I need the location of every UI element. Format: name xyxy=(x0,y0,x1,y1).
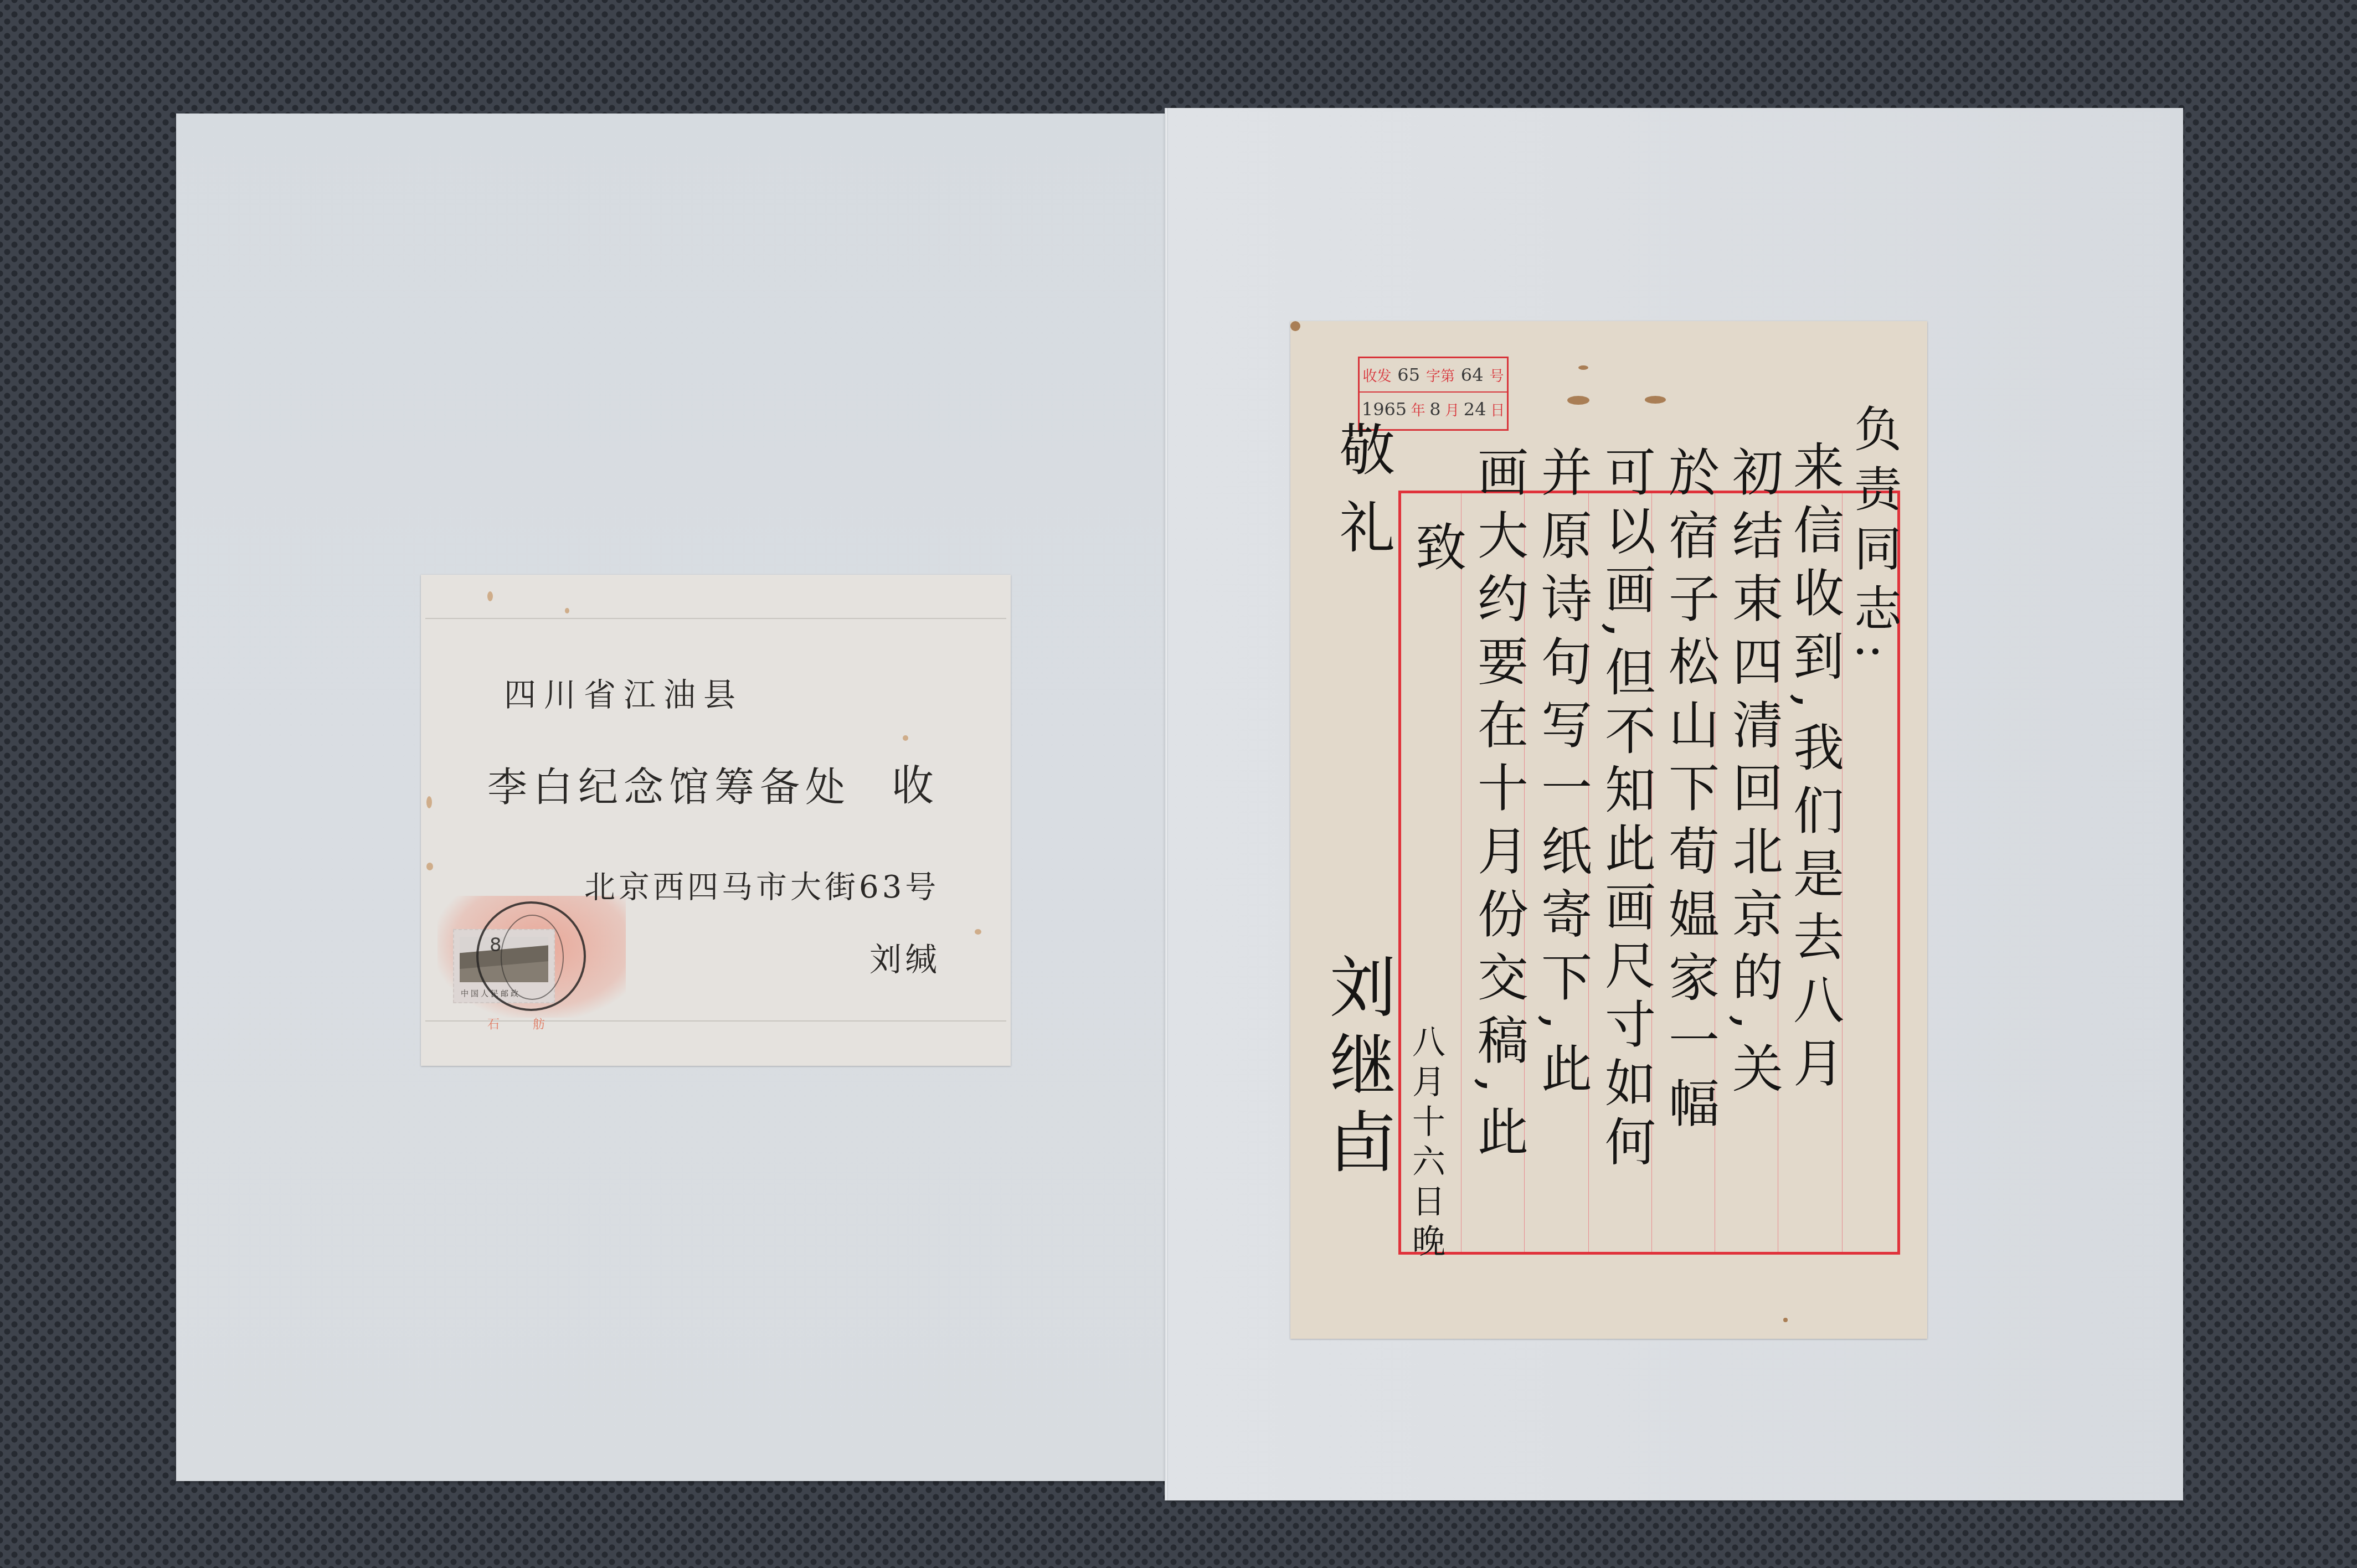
letter-signature: 刘继卣 xyxy=(1324,952,1390,1185)
foxing-spot xyxy=(975,929,981,935)
registration-stamp: 收发 65 字第 64 号 1965 年 8 月 24 日 xyxy=(1358,357,1509,431)
postmark-icon: 8 xyxy=(476,901,586,1011)
foxing-spot xyxy=(903,735,908,741)
reg-year: 1965 xyxy=(1362,399,1407,420)
envelope-recipient-province: 四川省江油县 xyxy=(504,669,743,715)
reg-year-suffix: 年 xyxy=(1411,399,1425,420)
album-center-fold xyxy=(1165,108,1168,1500)
envelope-sender-address: 北京西四马市大街63号 xyxy=(584,863,939,907)
letter-date: 八月十六日晚 xyxy=(1409,1024,1443,1263)
reg-month: 8 xyxy=(1429,399,1440,420)
foxing-spot xyxy=(426,863,433,870)
ink-blot xyxy=(1290,321,1300,331)
envelope-recipient-org: 李白纪念馆筹备处 xyxy=(487,755,851,812)
grid-rule xyxy=(1461,493,1461,1252)
envelope-sender-name: 刘缄 xyxy=(869,933,940,980)
postmark-inner-ring xyxy=(501,915,564,1000)
reg-number: 64 xyxy=(1461,364,1484,385)
letter-closing-salute: 敬礼 xyxy=(1335,421,1390,576)
reg-day: 24 xyxy=(1464,399,1486,420)
letter-column-3: 於宿子松山下荀媪家一幅 xyxy=(1664,446,1715,1140)
reg-year-code: 65 xyxy=(1397,364,1420,385)
envelope: 四川省江油县 李白纪念馆筹备处 收 中国人民邮政 8 石舫 北京西四马市大街63… xyxy=(421,575,1011,1066)
envelope-receive-mark: 收 xyxy=(892,752,934,812)
stain-spot xyxy=(1567,396,1589,405)
reg-number-suffix: 号 xyxy=(1489,365,1504,385)
letter-column-4: 可以画,但不知此画尺寸如何 xyxy=(1601,446,1651,1174)
foxing-spot xyxy=(426,796,432,808)
stain-spot xyxy=(1578,365,1588,370)
letter-column-2: 初结束四清回北京的,关 xyxy=(1728,446,1779,1105)
letter-sheet: 收发 65 字第 64 号 1965 年 8 月 24 日 负责同志: 来信收到… xyxy=(1290,321,1927,1339)
registration-row-number: 收发 65 字第 64 号 xyxy=(1360,358,1507,393)
stain-spot xyxy=(1783,1318,1788,1322)
reg-prefix: 收发 xyxy=(1362,365,1391,385)
foxing-spot xyxy=(487,591,493,601)
reg-day-suffix: 日 xyxy=(1490,399,1505,420)
stamp-caption: 石舫 xyxy=(487,1015,578,1032)
postmark-month: 8 xyxy=(490,934,502,956)
foxing-spot xyxy=(565,608,569,613)
letter-column-6: 画大约要在十月份交稿,此 xyxy=(1473,446,1524,1168)
letter-column-1: 来信收到,我们是去八月 xyxy=(1789,440,1840,1100)
letter-closing-to: 致 xyxy=(1411,520,1462,584)
letter-column-5: 并原诗句写一纸寄下,此 xyxy=(1537,446,1588,1105)
stain-spot xyxy=(1645,396,1666,404)
letter-salutation: 负责同志: xyxy=(1850,404,1897,672)
reg-month-suffix: 月 xyxy=(1445,399,1459,420)
reg-word: 字第 xyxy=(1426,365,1455,385)
envelope-top-rule xyxy=(425,618,1006,619)
